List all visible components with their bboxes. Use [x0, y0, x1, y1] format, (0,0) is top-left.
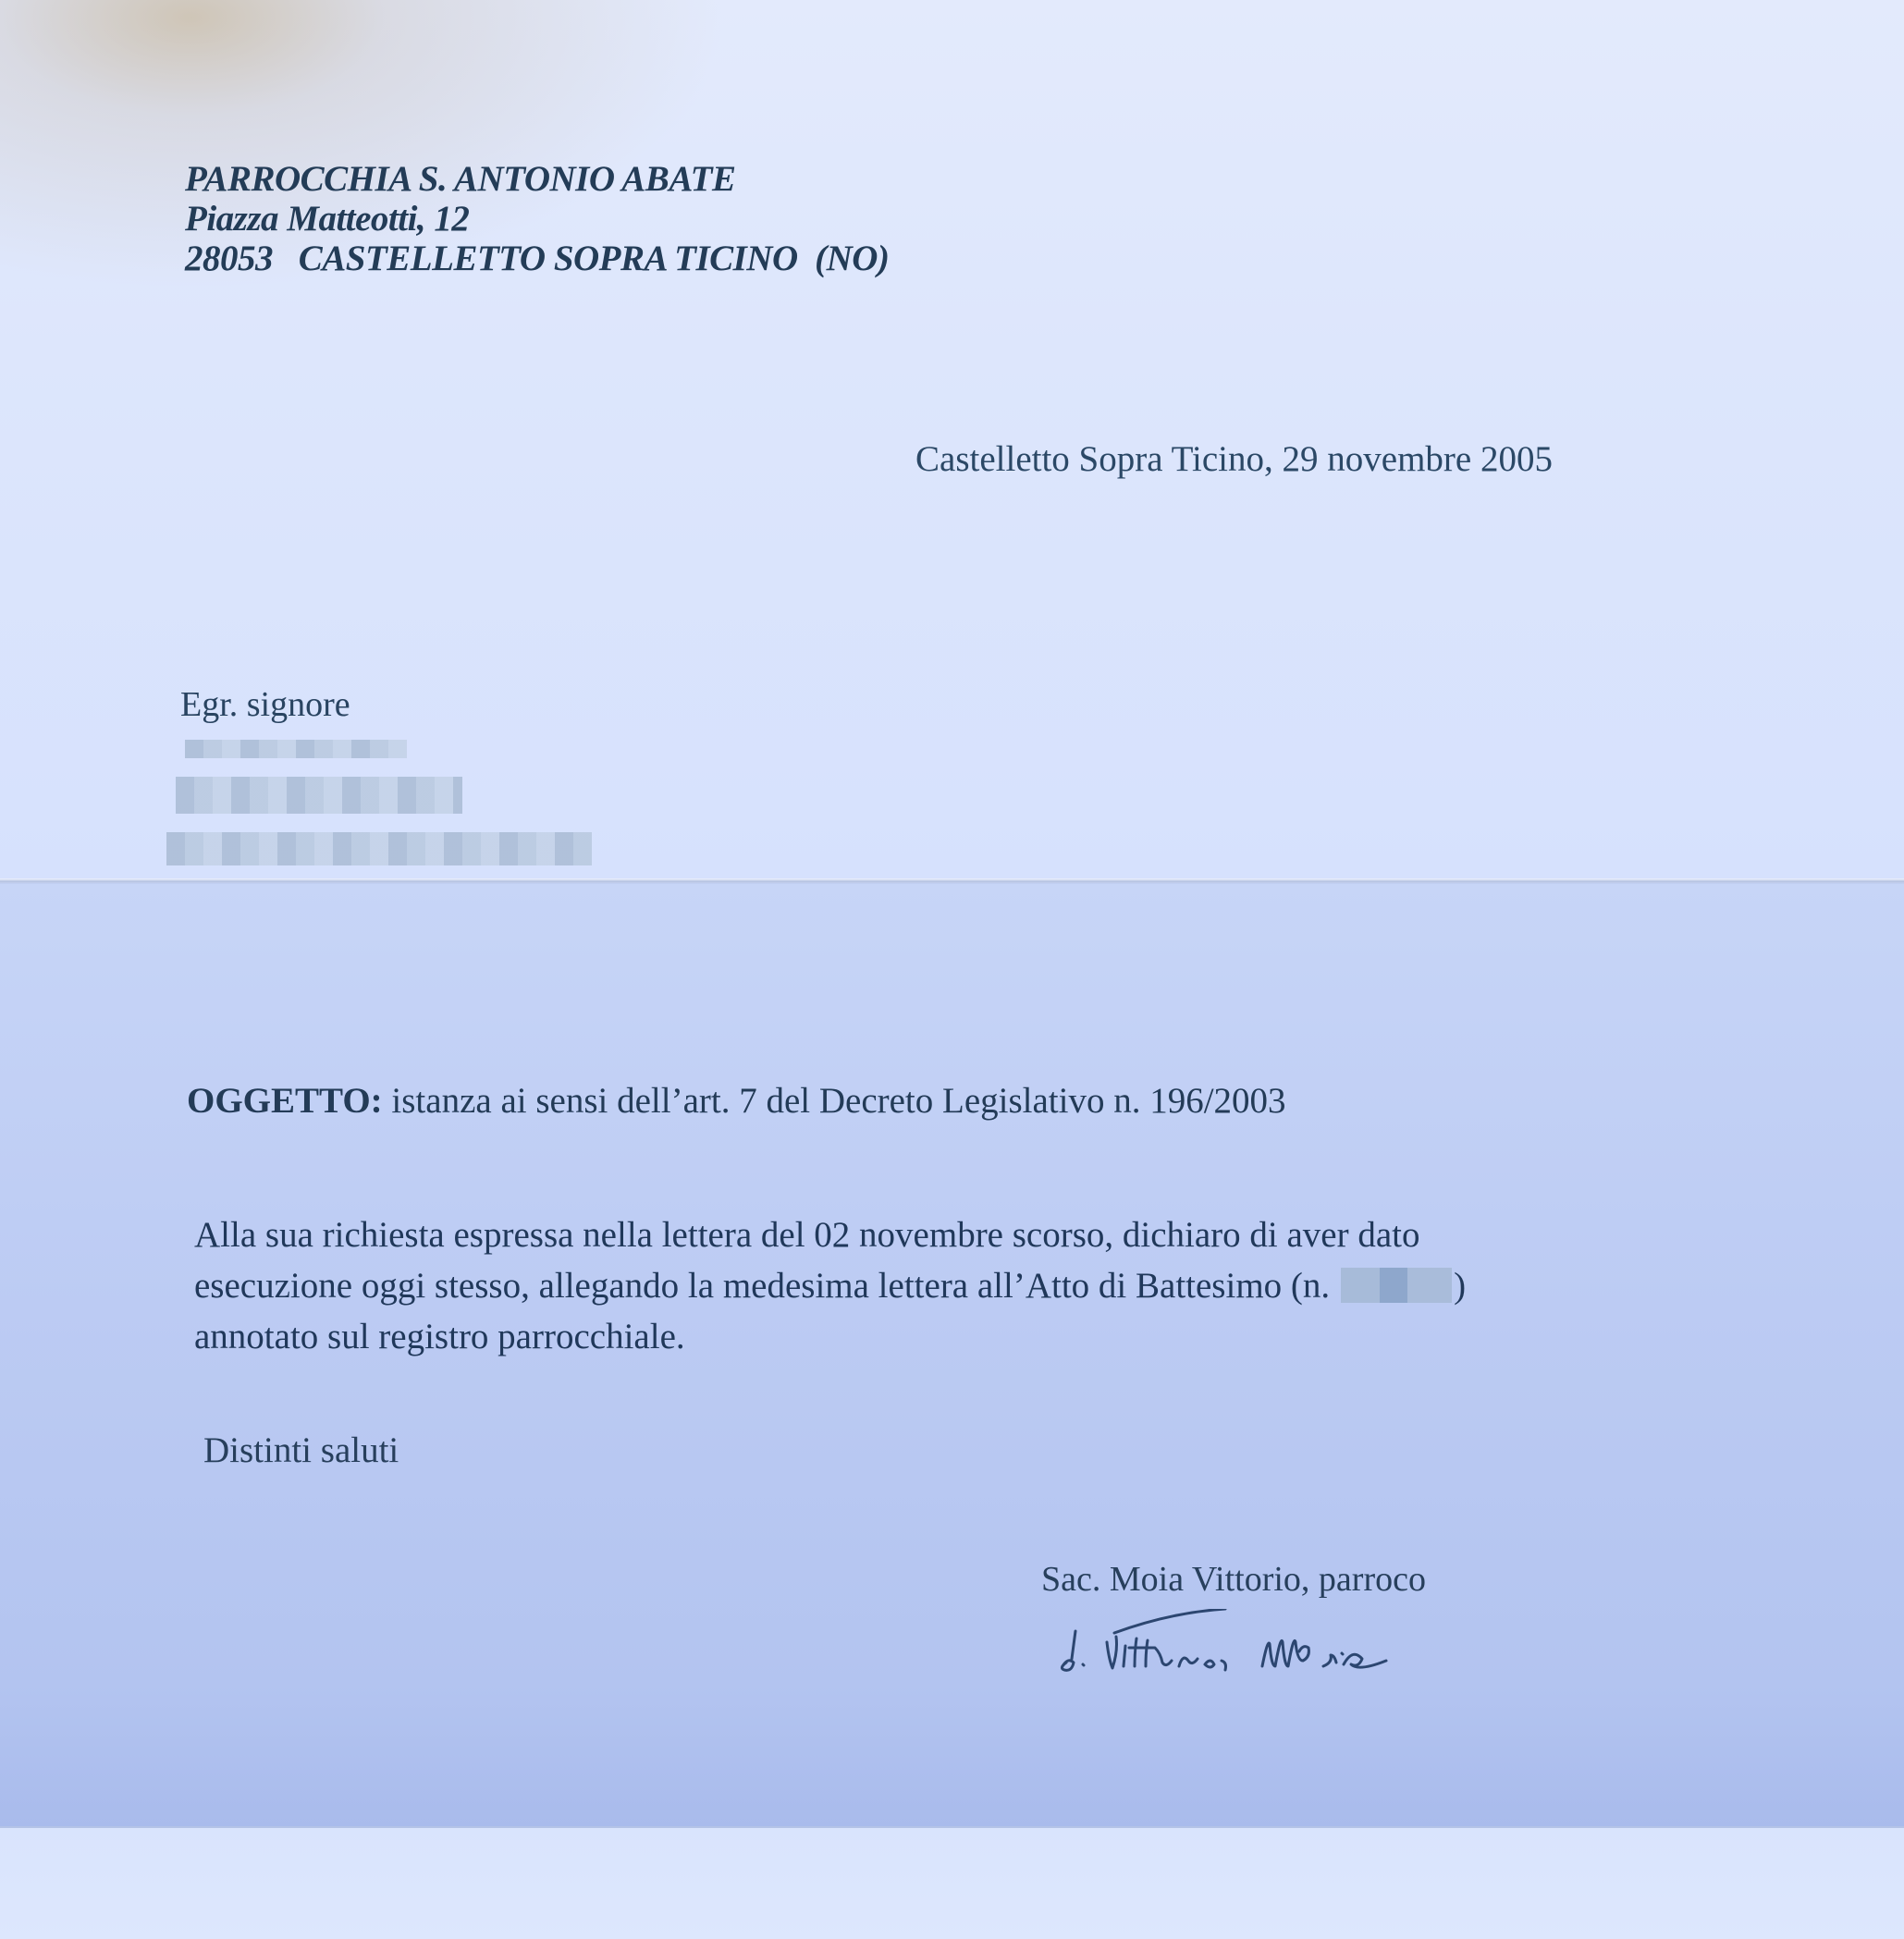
- letterhead-city: 28053 CASTELLETTO SOPRA TICINO (NO): [185, 239, 889, 278]
- subject-line: OGGETTO: istanza ai sensi dell’art. 7 de…: [187, 1080, 1286, 1122]
- paper-fold-line: [0, 878, 1904, 884]
- subject-text: istanza ai sensi dell’art. 7 del Decreto…: [391, 1081, 1285, 1121]
- redacted-recipient-name: [185, 740, 407, 758]
- body-line-2-text: esecuzione oggi stesso, allegando la med…: [194, 1266, 1330, 1306]
- redacted-baptism-number: [1341, 1268, 1452, 1303]
- subject-label: OGGETTO:: [187, 1081, 383, 1121]
- body-line-2-close: ): [1454, 1266, 1466, 1306]
- letter-body: Alla sua richiesta espressa nella letter…: [194, 1209, 1600, 1362]
- redacted-recipient-street: [176, 777, 462, 814]
- body-line-3: annotato sul registro parrocchiale.: [194, 1311, 1600, 1362]
- letterhead: PARROCCHIA S. ANTONIO ABATE Piazza Matte…: [185, 159, 889, 278]
- redacted-recipient-city: [166, 832, 592, 865]
- paper-bottom-edge: [0, 1826, 1904, 1939]
- handwritten-signature-icon: [1050, 1609, 1438, 1692]
- body-line-1: Alla sua richiesta espressa nella letter…: [194, 1209, 1600, 1260]
- letterhead-street: Piazza Matteotti, 12: [185, 199, 889, 239]
- signer-name: Sac. Moia Vittorio, parroco: [1041, 1559, 1426, 1600]
- letterhead-organization: PARROCCHIA S. ANTONIO ABATE: [185, 159, 889, 199]
- date-line: Castelletto Sopra Ticino, 29 novembre 20…: [915, 438, 1553, 480]
- recipient-salutation: Egr. signore: [180, 684, 350, 725]
- closing: Distinti saluti: [203, 1430, 399, 1471]
- body-line-2: esecuzione oggi stesso, allegando la med…: [194, 1260, 1600, 1311]
